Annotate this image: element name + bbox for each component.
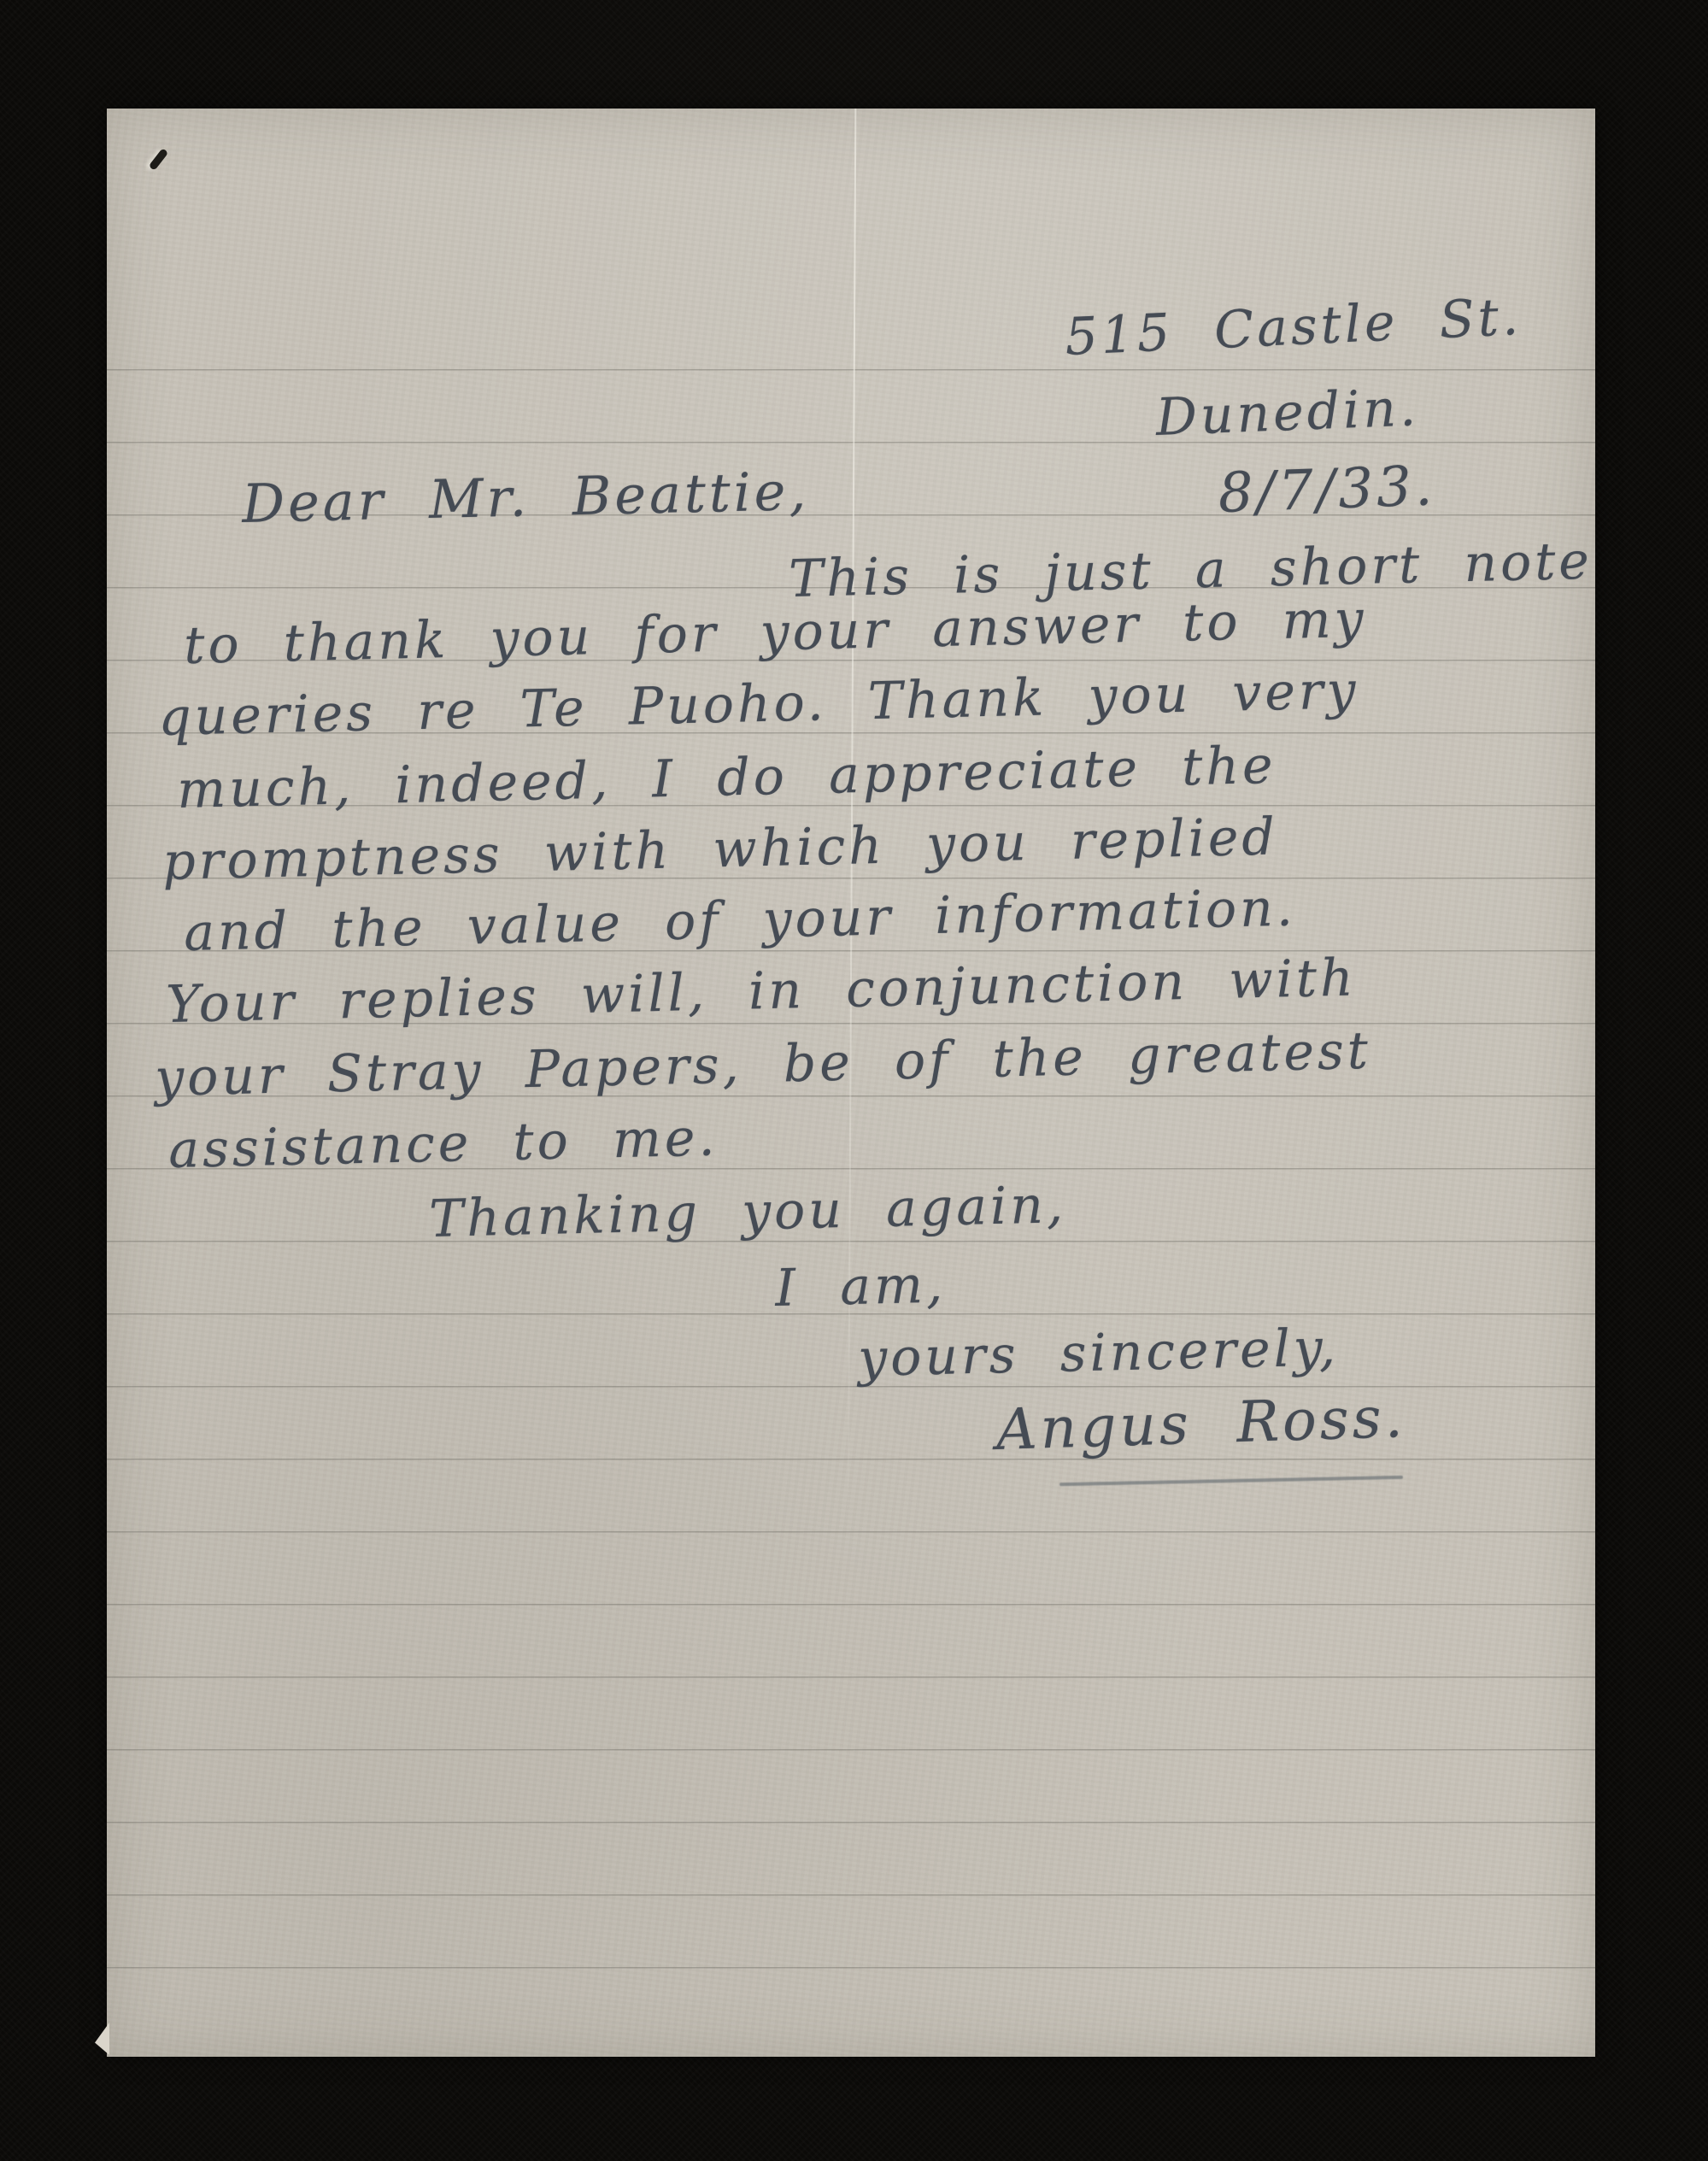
letter-paper: 515 Castle St. Dunedin. 8/7/33. Dear Mr.… — [107, 109, 1595, 2057]
address-line-1: 515 Castle St. — [1064, 291, 1523, 363]
pin-hole-mark — [149, 148, 169, 171]
scan-background: { "scan": { "background_color": "#0b0a08… — [0, 0, 1708, 2161]
closing-line-2: I am, — [775, 1259, 947, 1314]
body-line-9: assistance to me. — [168, 1112, 719, 1176]
date-line: 8/7/33. — [1218, 459, 1436, 521]
signature: Angus Ross. — [995, 1389, 1406, 1459]
address-line-2: Dunedin. — [1155, 382, 1420, 443]
closing-line-3: yours sincerely, — [858, 1322, 1340, 1384]
bottom-left-corner-fold — [95, 2023, 109, 2055]
closing-line-1: Thanking you again, — [429, 1179, 1067, 1245]
salutation: Dear Mr. Beattie, — [242, 465, 810, 531]
